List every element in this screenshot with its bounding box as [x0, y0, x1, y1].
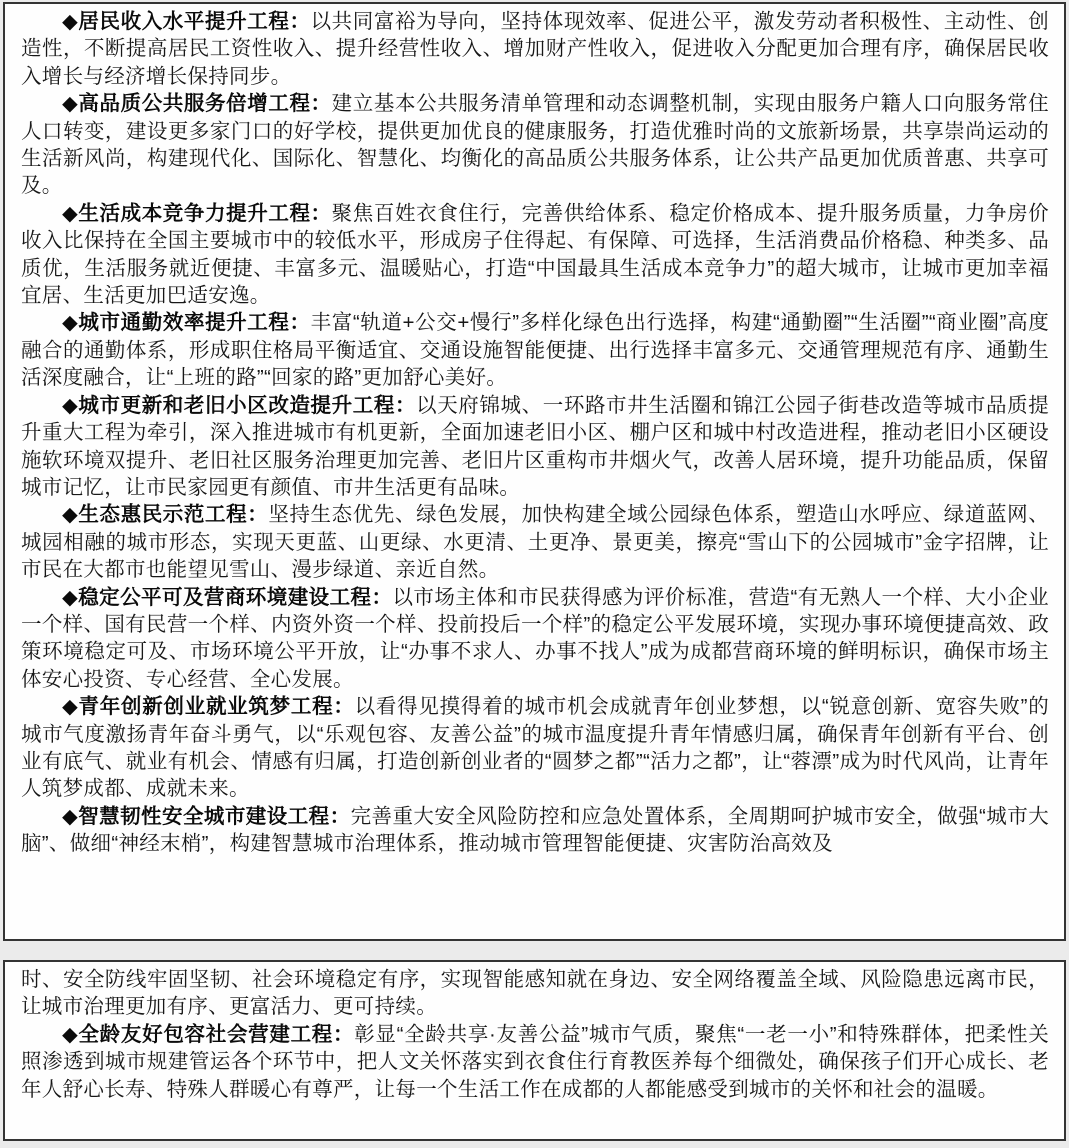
paragraph-title: ◆青年创新创业就业筑梦工程：: [62, 695, 355, 718]
policy-panel-bottom: 时、安全防线牢固坚韧、社会环境稳定有序，实现智能感知就在身边、安全网络覆盖全域、…: [3, 960, 1066, 1141]
paragraph-title: ◆全龄友好包容社会营建工程：: [62, 1023, 354, 1046]
policy-paragraph: ◆高品质公共服务倍增工程：建立基本公共服务清单管理和动态调整机制，实现由服务户籍…: [21, 90, 1049, 200]
paragraph-title: ◆高品质公共服务倍增工程：: [62, 92, 332, 115]
policy-paragraph: ◆青年创新创业就业筑梦工程：以看得见摸得着的城市机会成就青年创业梦想，以“锐意创…: [21, 693, 1049, 803]
paragraph-title: ◆稳定公平可及营商环境建设工程：: [62, 586, 392, 609]
policy-paragraph: ◆全龄友好包容社会营建工程：彰显“全龄共享·友善公益”城市气质，聚焦“一老一小”…: [21, 1021, 1049, 1103]
policy-paragraph: 时、安全防线牢固坚韧、社会环境稳定有序，实现智能感知就在身边、安全网络覆盖全域、…: [21, 966, 1049, 1021]
policy-paragraph: ◆智慧韧性安全城市建设工程：完善重大安全风险防控和应急处置体系，全周期呵护城市安…: [21, 803, 1049, 858]
paragraph-title: ◆城市通勤效率提升工程：: [62, 311, 311, 334]
paragraph-title: ◆城市更新和老旧小区改造提升工程：: [62, 394, 416, 417]
policy-paragraph: ◆居民收入水平提升工程：以共同富裕为导向，坚持体现效率、促进公平，激发劳动者积极…: [21, 8, 1049, 90]
policy-paragraph: ◆生态惠民示范工程：坚持生态优先、绿色发展，加快构建全域公园绿色体系，塑造山水呼…: [21, 501, 1049, 583]
paragraph-title: ◆居民收入水平提升工程：: [62, 10, 311, 33]
paragraph-title: ◆智慧韧性安全城市建设工程：: [62, 805, 351, 828]
policy-paragraph: ◆城市通勤效率提升工程：丰富“轨道+公交+慢行”多样化绿色出行选择，构建“通勤圈…: [21, 309, 1049, 391]
policy-paragraph: ◆城市更新和老旧小区改造提升工程：以天府锦城、一环路市井生活圈和锦江公园子街巷改…: [21, 392, 1049, 502]
paragraph-title: ◆生活成本竞争力提升工程：: [62, 202, 332, 225]
document-page: ◆居民收入水平提升工程：以共同富裕为导向，坚持体现效率、促进公平，激发劳动者积极…: [0, 0, 1069, 1148]
paragraph-body: 时、安全防线牢固坚韧、社会环境稳定有序，实现智能感知就在身边、安全网络覆盖全域、…: [21, 968, 1049, 1018]
policy-panel-top: ◆居民收入水平提升工程：以共同富裕为导向，坚持体现效率、促进公平，激发劳动者积极…: [3, 2, 1066, 941]
policy-paragraph: ◆生活成本竞争力提升工程：聚焦百姓衣食住行，完善供给体系、稳定价格成本、提升服务…: [21, 200, 1049, 310]
paragraph-title: ◆生态惠民示范工程：: [62, 503, 268, 526]
policy-paragraph: ◆稳定公平可及营商环境建设工程：以市场主体和市民获得感为评价标准，营造“有无熟人…: [21, 584, 1049, 694]
panel-divider-gap: [0, 941, 1069, 960]
